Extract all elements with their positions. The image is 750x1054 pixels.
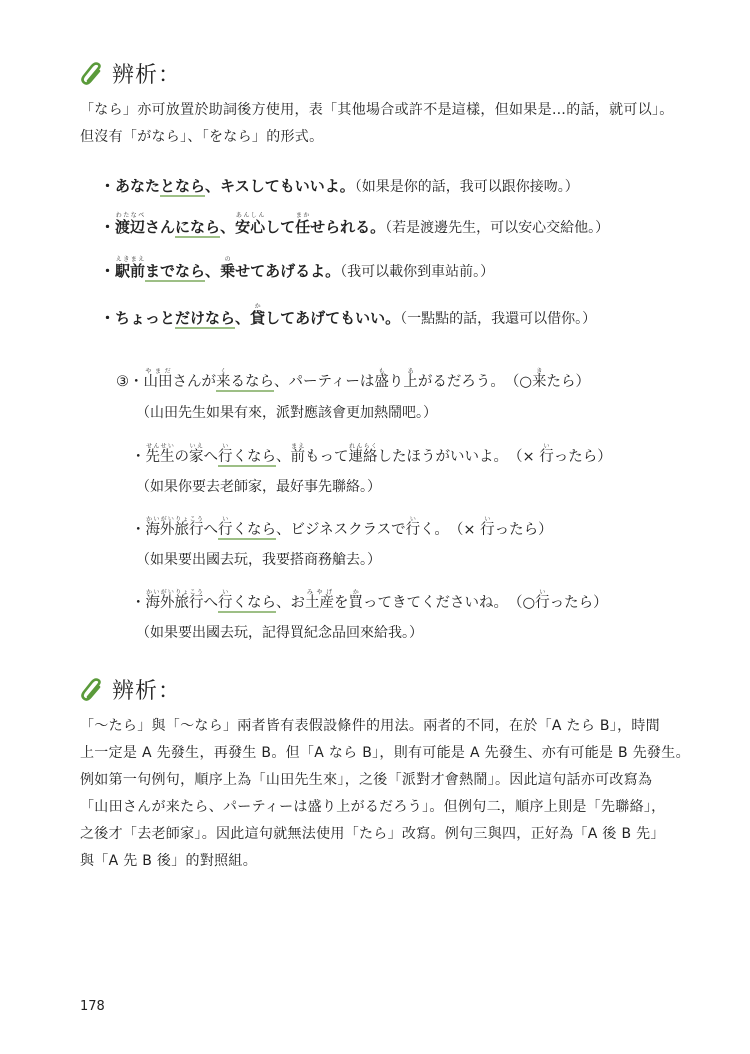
page-number: 178 xyxy=(80,999,105,1014)
paragraph-line: 但沒有「がなら」、「をなら」的形式。 xyxy=(80,124,680,151)
example-sentence: ・駅前えきまえまでなら、乗のせてあげるよ。（我可以載你到車站前。） xyxy=(100,256,494,281)
translation: （如果是你的話，我可以跟你接吻。） xyxy=(355,179,579,195)
paragraph-line: 「〜たら」與「〜なら」兩者皆有表假設條件的用法。兩者的不同，在於「A たら B」… xyxy=(80,713,690,740)
highlight-underline: 行いくなら xyxy=(218,595,276,613)
example-sentence: ・ちょっとだけなら、貸かしてあげてもいい。（一點點的話，我還可以借你。） xyxy=(100,303,596,328)
highlight-underline: となら xyxy=(160,177,205,197)
example-sentence: ・渡辺わたなべさんになら、安心あんしんして任まかせられる。（若是渡邊先生，可以安… xyxy=(100,212,609,237)
highlight-underline: 来くるなら xyxy=(216,374,274,392)
paragraph-line: 之後才「去老師家」。因此這句就無法使用「たら」改寫。例句三與四，正好為「A 後 … xyxy=(80,821,690,848)
example-sentence: ・海外旅行かいがいりょこうへ行いくなら、ビジネスクラスで行いく。 （× 行いった… xyxy=(131,516,553,539)
highlight-underline: までなら xyxy=(145,262,205,282)
translation: （山田先生如果有來，派對應該會更加熱鬧吧。） xyxy=(136,402,437,422)
example-sentence: ・あなたとなら、キスしてもいいよ。（如果是你的話，我可以跟你接吻。） xyxy=(100,175,579,196)
paragraph-line: 與「A 先 B 後」的對照組。 xyxy=(80,848,690,875)
translation: （一點點的話，我還可以借你。） xyxy=(400,311,596,327)
highlight-underline: になら xyxy=(175,218,220,238)
section-heading-2: 辨析： xyxy=(80,674,181,705)
analysis-paragraph: 「〜たら」與「〜なら」兩者皆有表假設條件的用法。兩者的不同，在於「A たら B」… xyxy=(80,713,690,875)
paragraph-line: 例如第一句例句，順序上為「山田先生來」，之後「派對才會熱鬧」。因此這句話亦可改寫… xyxy=(80,767,690,794)
intro-paragraph: 「なら」亦可放置於助詞後方使用，表「其他場合或許不是這樣，但如果是…的話，就可以… xyxy=(80,97,680,151)
paperclip-icon xyxy=(80,677,106,703)
paragraph-line: 「なら」亦可放置於助詞後方使用，表「其他場合或許不是這樣，但如果是…的話，就可以… xyxy=(80,97,680,124)
example-sentence: ・先生せんせいの家いえへ行いくなら、前まえもって連絡れんらくしたほうがいいよ。 … xyxy=(131,443,612,466)
translation: （若是渡邊先生，可以安心交給他。） xyxy=(385,220,609,236)
section-heading-1: 辨析： xyxy=(80,58,181,89)
paperclip-icon xyxy=(80,61,106,87)
highlight-underline: 行いくなら xyxy=(218,522,276,540)
example-sentence: ③・山田やまださんが来くるなら、パーティーは盛もり上あがるだろう。 （○来きたら… xyxy=(116,368,590,391)
paragraph-line: 「山田さんが来たら、パーティーは盛り上がるだろう」。但例句二，順序上則是「先聯絡… xyxy=(80,794,690,821)
heading-title: 辨析： xyxy=(112,674,181,705)
paragraph-line: 上一定是 A 先發生，再發生 B。但「A なら B」，則有可能是 A 先發生、亦… xyxy=(80,740,690,767)
translation: （如果要出國去玩，我要搭商務艙去。） xyxy=(136,549,381,569)
example-sentence: ・海外旅行かいがいりょこうへ行いくなら、お土産みやげを買かってきてくださいね。 … xyxy=(131,589,608,612)
translation: （我可以載你到車站前。） xyxy=(340,264,494,280)
translation: （如果要出國去玩，記得買紀念品回來給我。） xyxy=(136,622,423,642)
heading-title: 辨析： xyxy=(112,58,181,89)
highlight-underline: 行いくなら xyxy=(218,449,276,467)
translation: （如果你要去老師家，最好事先聯絡。） xyxy=(136,476,381,496)
highlight-underline: だけなら xyxy=(175,309,235,329)
